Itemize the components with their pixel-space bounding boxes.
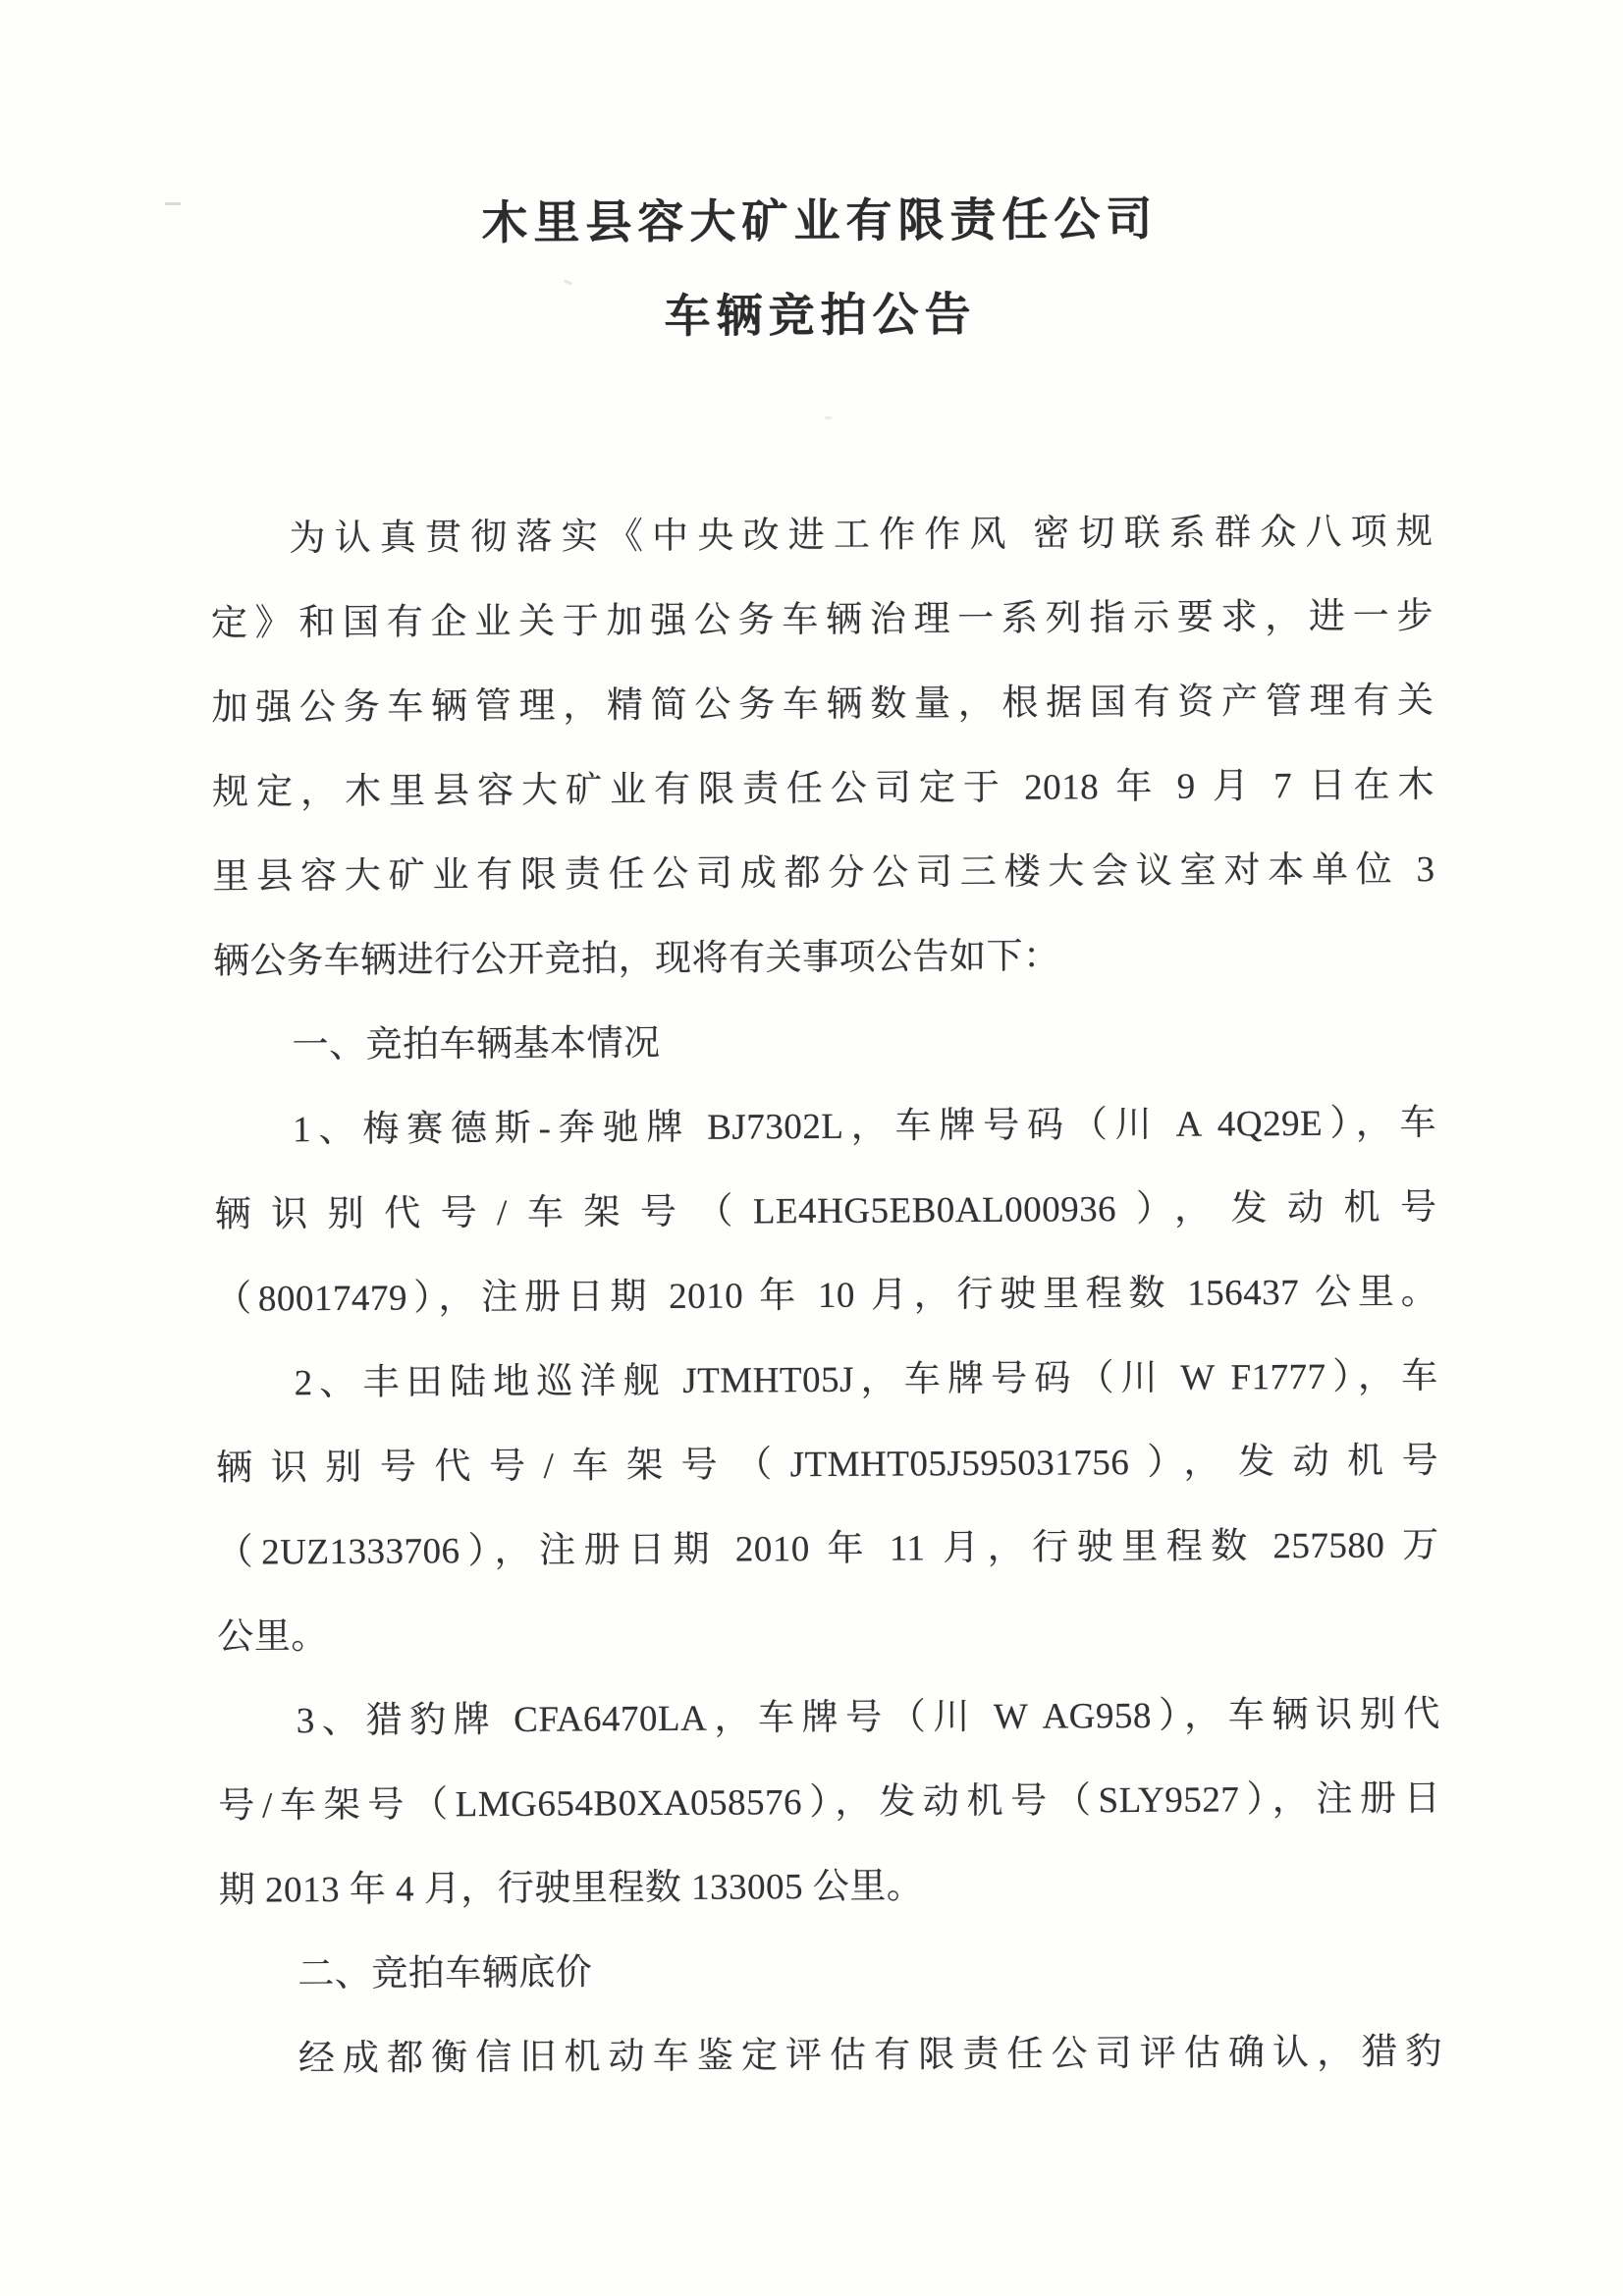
vehicle-1-line: 1、梅赛德斯-奔驰牌 BJ7302L，车牌号码（川 A 4Q29E），车 bbox=[214, 1081, 1437, 1174]
document-subtitle: 车辆竞拍公告 bbox=[209, 283, 1432, 350]
document-title: 木里县容大矿业有限责任公司 bbox=[208, 189, 1431, 255]
body-line: 加强公务车辆管理，精简公务车辆数量，根据国有资产管理有关 bbox=[211, 659, 1434, 751]
vehicle-2-line: （2UZ1333706），注册日期 2010 年 11 月，行驶里程数 2575… bbox=[216, 1503, 1439, 1596]
document-body: 为认真贯彻落实《中央改进工作作风 密切联系群众八项规 定》和国有企业关于加强公务… bbox=[210, 490, 1442, 2103]
body-line: 里县容大矿业有限责任公司成都分公司三楼大会议室对本单位 3 bbox=[212, 828, 1435, 920]
section-heading-1: 一、竞拍车辆基本情况 bbox=[213, 997, 1436, 1089]
body-line: 为认真贯彻落实《中央改进工作作风 密切联系群众八项规 bbox=[210, 490, 1434, 582]
vehicle-2-line: 2、丰田陆地巡洋舰 JTMHT05J，车牌号码（川 W F1777），车 bbox=[215, 1335, 1438, 1427]
vehicle-1-line: （80017479），注册日期 2010 年 10 月，行驶里程数 156437… bbox=[215, 1250, 1438, 1342]
vehicle-3-line: 3、猎豹牌 CFA6470LA，车牌号（川 W AG958），车辆识别代 bbox=[218, 1672, 1441, 1765]
section-heading-2: 二、竞拍车辆底价 bbox=[219, 1926, 1442, 2018]
body-line: 经成都衡信旧机动车鉴定评估有限责任公司评估确认，猎豹 bbox=[220, 2010, 1443, 2103]
vehicle-3-line: 号/车架号（LMG654B0XA058576），发动机号（SLY9527），注册… bbox=[218, 1757, 1441, 1849]
document-content: 木里县容大矿业有限责任公司 车辆竞拍公告 为认真贯彻落实《中央改进工作作风 密切… bbox=[207, 0, 1442, 2103]
vehicle-2-line: 公里。 bbox=[217, 1588, 1440, 1680]
vehicle-3-line: 期 2013 年 4 月，行驶里程数 133005 公里。 bbox=[219, 1841, 1442, 1934]
body-line: 辆公务车辆进行公开竞拍，现将有关事项公告如下： bbox=[213, 912, 1436, 1005]
body-line: 规定，木里县容大矿业有限责任公司定于 2018 年 9 月 7 日在木 bbox=[212, 743, 1435, 836]
vehicle-1-line: 辆识别代号/车架号（LE4HG5EB0AL000936），发动机号 bbox=[214, 1166, 1437, 1258]
body-line: 定》和国有企业关于加强公务车辆治理一系列指示要求，进一步 bbox=[211, 574, 1434, 667]
vehicle-2-line: 辆识别号代号/车架号（JTMHT05J595031756），发动机号 bbox=[216, 1419, 1439, 1511]
document-page: 木里县容大矿业有限责任公司 车辆竞拍公告 为认真贯彻落实《中央改进工作作风 密切… bbox=[0, 0, 1623, 2296]
scan-artifact bbox=[165, 202, 181, 205]
